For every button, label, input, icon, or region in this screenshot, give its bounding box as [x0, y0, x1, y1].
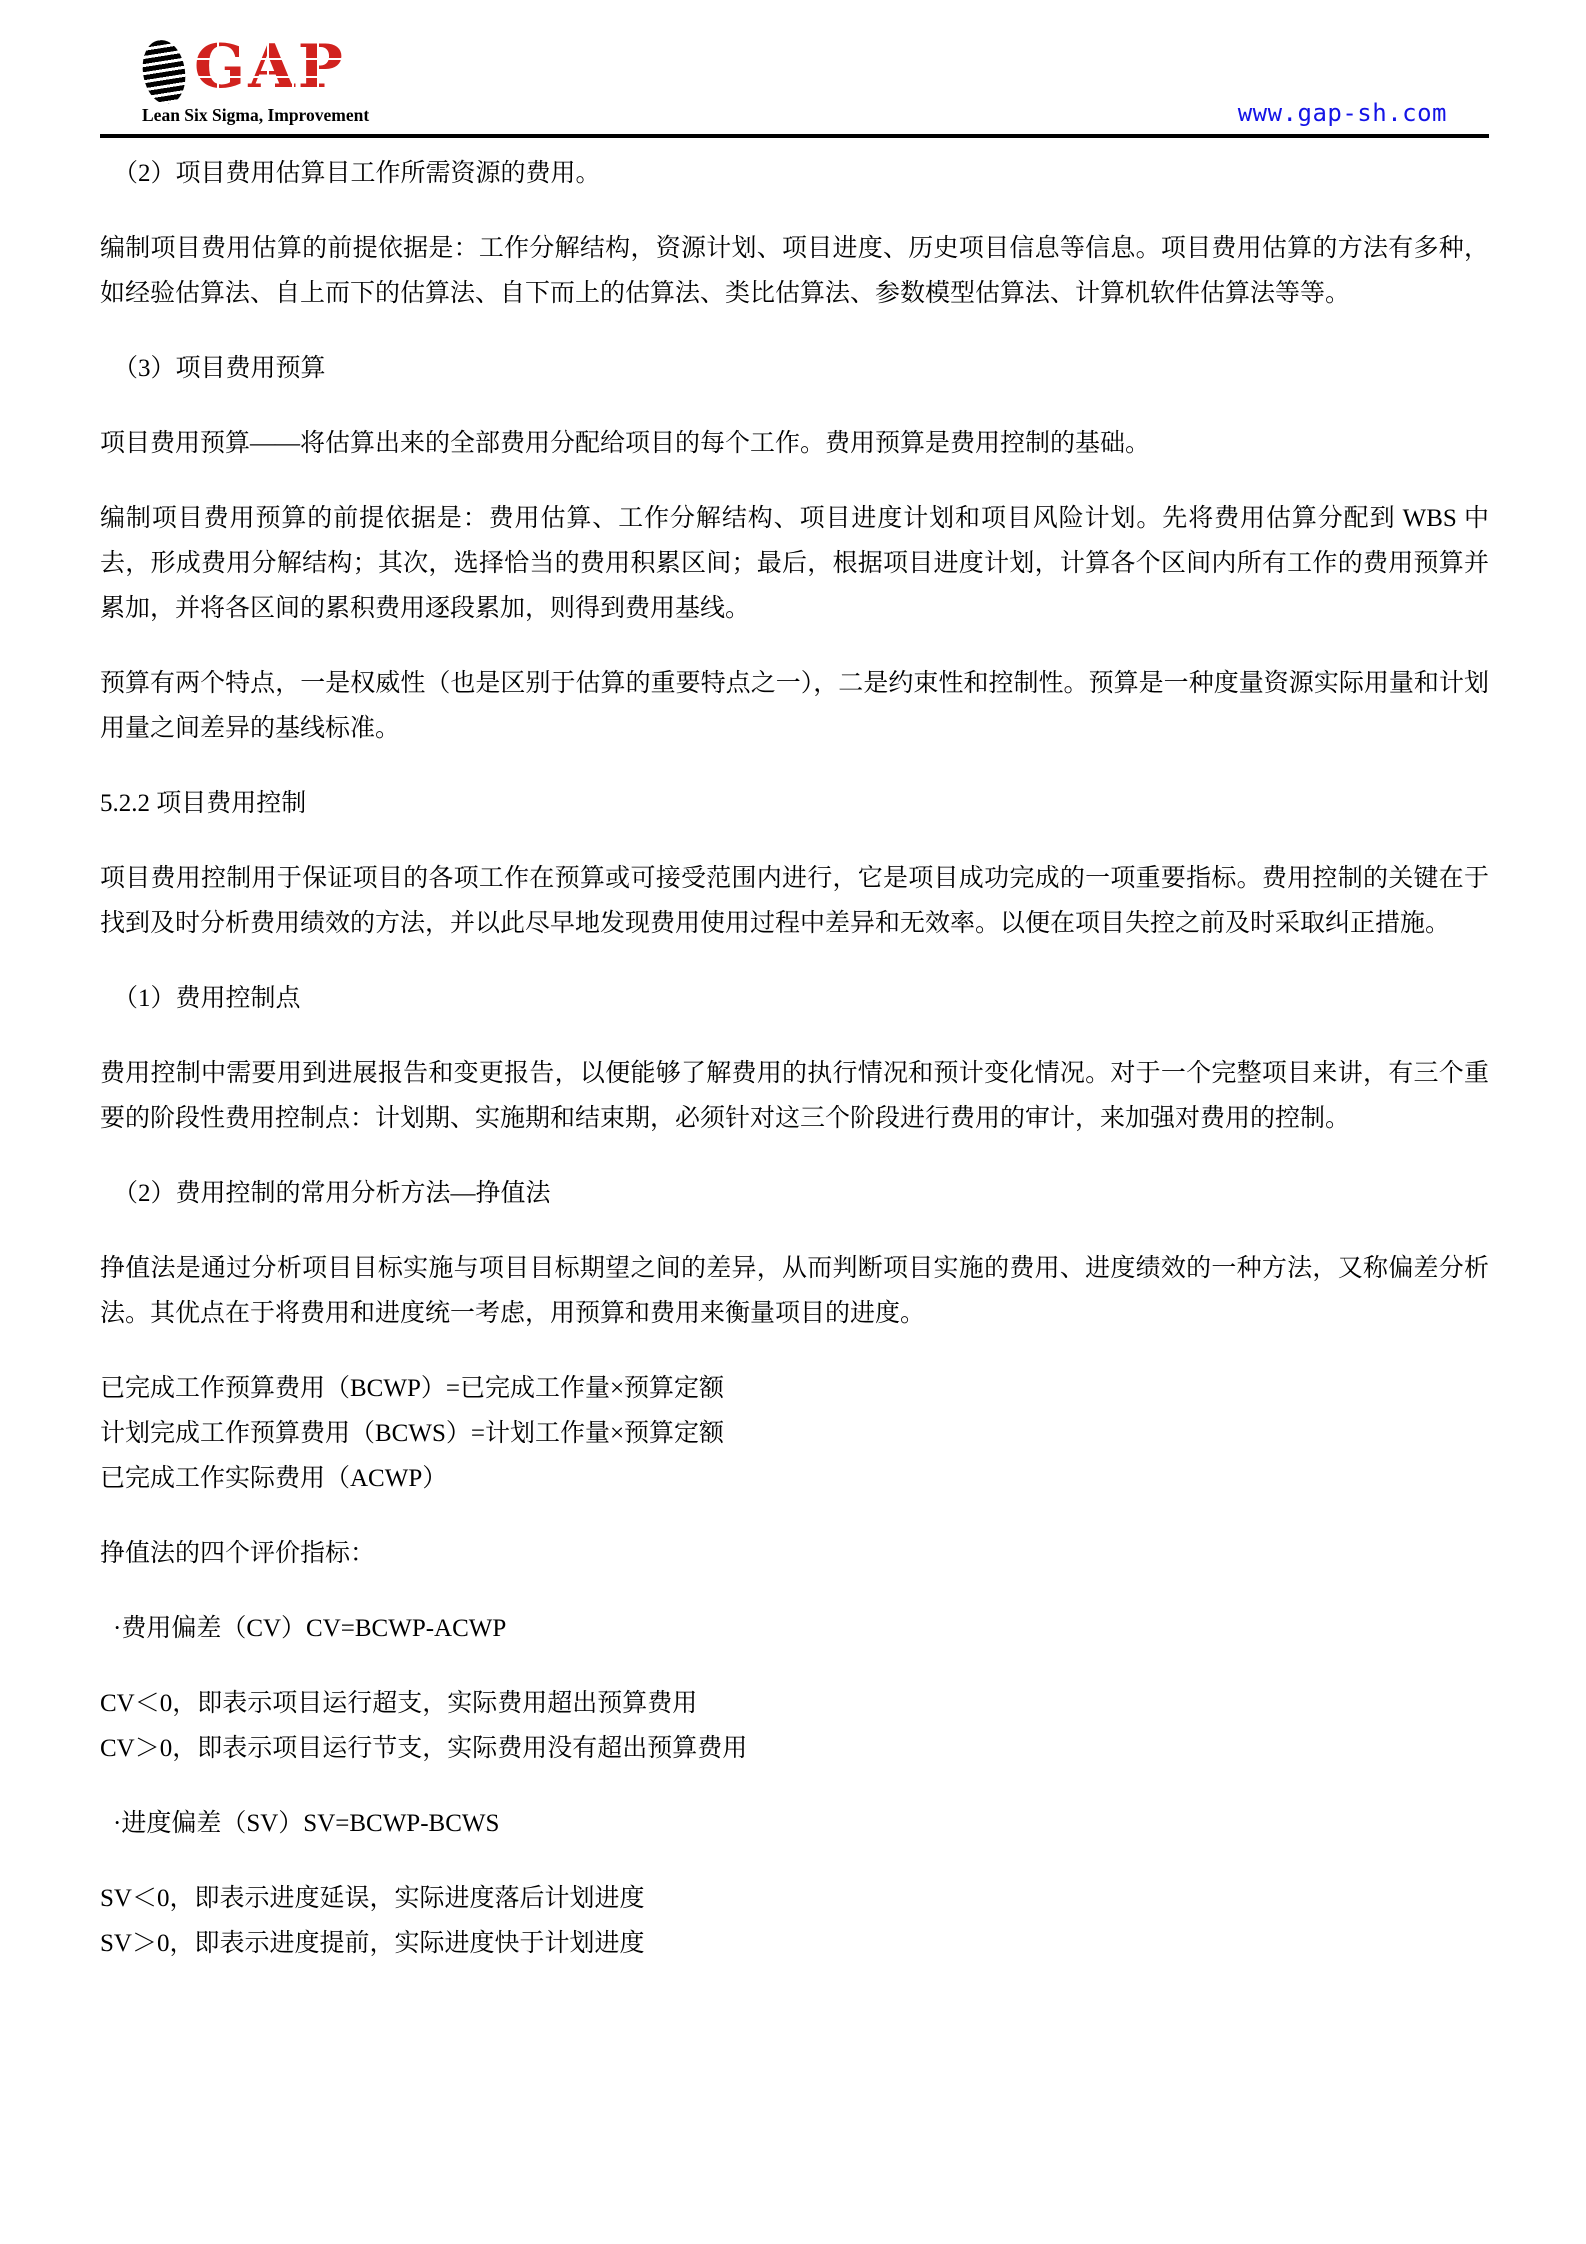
logo-tagline: Lean Six Sigma, Improvement: [142, 104, 369, 126]
item-heading-2-earned-value-method: （2）费用控制的常用分析方法—挣值法: [100, 1171, 1489, 1216]
formula-block-bcwp-bcws-acwp: 已完成工作预算费用（BCWP）=已完成工作量×预算定额 计划完成工作预算费用（B…: [100, 1366, 1489, 1501]
paragraph-cost-control-overview: 项目费用控制用于保证项目的各项工作在预算或可接受范围内进行，它是项目成功完成的一…: [100, 856, 1489, 946]
page-header: GAP Lean Six Sigma, Improvement www.gap-…: [0, 0, 1586, 137]
paragraph-estimate-basis: 编制项目费用估算的前提依据是：工作分解结构，资源计划、项目进度、历史项目信息等信…: [100, 226, 1489, 316]
gap-logo-text: GAP: [194, 36, 346, 98]
block-cv-interpretation: CV＜0，即表示项目运行超支，实际费用超出预算费用 CV＞0，即表示项目运行节支…: [100, 1681, 1489, 1771]
section-heading-5-2-2-cost-control: 5.2.2 项目费用控制: [100, 781, 1489, 826]
bullet-schedule-variance-sv: ·进度偏差（SV）SV=BCWP-BCWS: [100, 1801, 1489, 1846]
item-heading-2-resource-cost: （2）项目费用估算目工作所需资源的费用。: [100, 151, 1489, 196]
paragraph-budget-basis: 编制项目费用预算的前提依据是：费用估算、工作分解结构、项目进度计划和项目风险计划…: [100, 496, 1489, 631]
gap-globe-icon: [138, 37, 189, 107]
paragraph-four-indicators-lead: 挣值法的四个评价指标：: [100, 1531, 1489, 1576]
paragraph-control-points-detail: 费用控制中需要用到进展报告和变更报告，以便能够了解费用的执行情况和预计变化情况。…: [100, 1051, 1489, 1141]
paragraph-earned-value-definition: 挣值法是通过分析项目目标实施与项目目标期望之间的差异，从而判断项目实施的费用、进…: [100, 1246, 1489, 1336]
document-page: GAP Lean Six Sigma, Improvement www.gap-…: [0, 0, 1586, 2244]
header-divider: [100, 134, 1489, 138]
item-heading-1-control-points: （1）费用控制点: [100, 976, 1489, 1021]
paragraph-budget-definition: 项目费用预算——将估算出来的全部费用分配给项目的每个工作。费用预算是费用控制的基…: [100, 421, 1489, 466]
block-sv-interpretation: SV＜0，即表示进度延误，实际进度落后计划进度 SV＞0，即表示进度提前，实际进…: [100, 1876, 1489, 1966]
document-body: （2）项目费用估算目工作所需资源的费用。 编制项目费用估算的前提依据是：工作分解…: [0, 137, 1586, 1966]
website-link[interactable]: www.gap-sh.com: [1238, 99, 1447, 127]
item-heading-3-cost-budget: （3）项目费用预算: [100, 346, 1489, 391]
paragraph-budget-characteristics: 预算有两个特点，一是权威性（也是区别于估算的重要特点之一），二是约束性和控制性。…: [100, 661, 1489, 751]
bullet-cost-variance-cv: ·费用偏差（CV）CV=BCWP-ACWP: [100, 1606, 1489, 1651]
